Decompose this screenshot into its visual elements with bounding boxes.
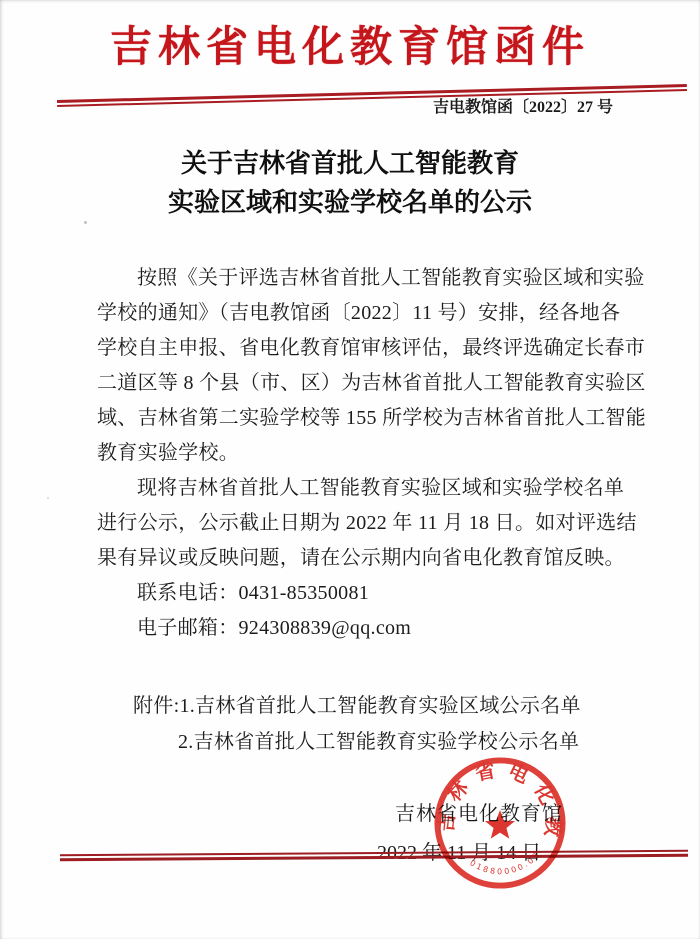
body-line: 学校的通知》（吉电教馆函〔2022〕11 号）安排，经各地各: [97, 296, 637, 331]
contact-phone: 联系电话：0431-85350081: [97, 576, 637, 611]
scan-speck: [47, 497, 49, 499]
body-line: 域、吉林省第二实验学校等 155 所学校为吉林省首批人工智能: [97, 401, 637, 436]
letterhead-title: 吉林省电化教育馆函件: [0, 14, 700, 74]
seal-star-icon: [485, 810, 515, 838]
document-title: 关于吉林省首批人工智能教育 实验区域和实验学校名单的公示: [0, 144, 700, 222]
document-title-line2: 实验区域和实验学校名单的公示: [0, 183, 700, 222]
body-line: 学校自主申报、省电化教育馆审核评估，最终评选确定长春市: [97, 331, 637, 366]
body-line: 现将吉林省首批人工智能教育实验区域和实验学校名单: [97, 471, 637, 506]
body-line: 进行公示，公示截止日期为 2022 年 11 月 18 日。如对评选结: [97, 506, 637, 541]
seal-arc-text: 吉林省电化教育馆: [431, 754, 566, 848]
document-number: 吉电教馆函〔2022〕27 号: [0, 94, 613, 117]
footer-rule: [60, 850, 688, 861]
attachments-block: 附件:1.吉林省首批人工智能教育实验区域公示名单 2.吉林省首批人工智能教育实验…: [133, 688, 581, 760]
document-title-line1: 关于吉林省首批人工智能教育: [0, 144, 700, 183]
body-line: 教育实验学校。: [97, 436, 637, 471]
body-line: 按照《关于评选吉林省首批人工智能教育实验区域和实验: [97, 261, 637, 296]
document-body: 按照《关于评选吉林省首批人工智能教育实验区域和实验 学校的通知》（吉电教馆函〔2…: [97, 261, 637, 646]
scan-speck: [84, 221, 87, 224]
seal-code: 01880000.03: [468, 849, 542, 876]
official-seal: 吉林省电化教育馆 01880000.03: [431, 754, 569, 892]
attachment-item-1: 附件:1.吉林省首批人工智能教育实验区域公示名单: [133, 688, 581, 724]
document-page: 吉林省电化教育馆函件 吉电教馆函〔2022〕27 号 关于吉林省首批人工智能教育…: [0, 0, 700, 939]
body-line: 二道区等 8 个县（市、区）为吉林省首批人工智能教育实验区: [97, 366, 637, 401]
contact-email: 电子邮箱：924308839@qq.com: [97, 611, 637, 646]
body-line: 果有异议或反映问题，请在公示期内向省电化教育馆反映。: [97, 541, 637, 576]
